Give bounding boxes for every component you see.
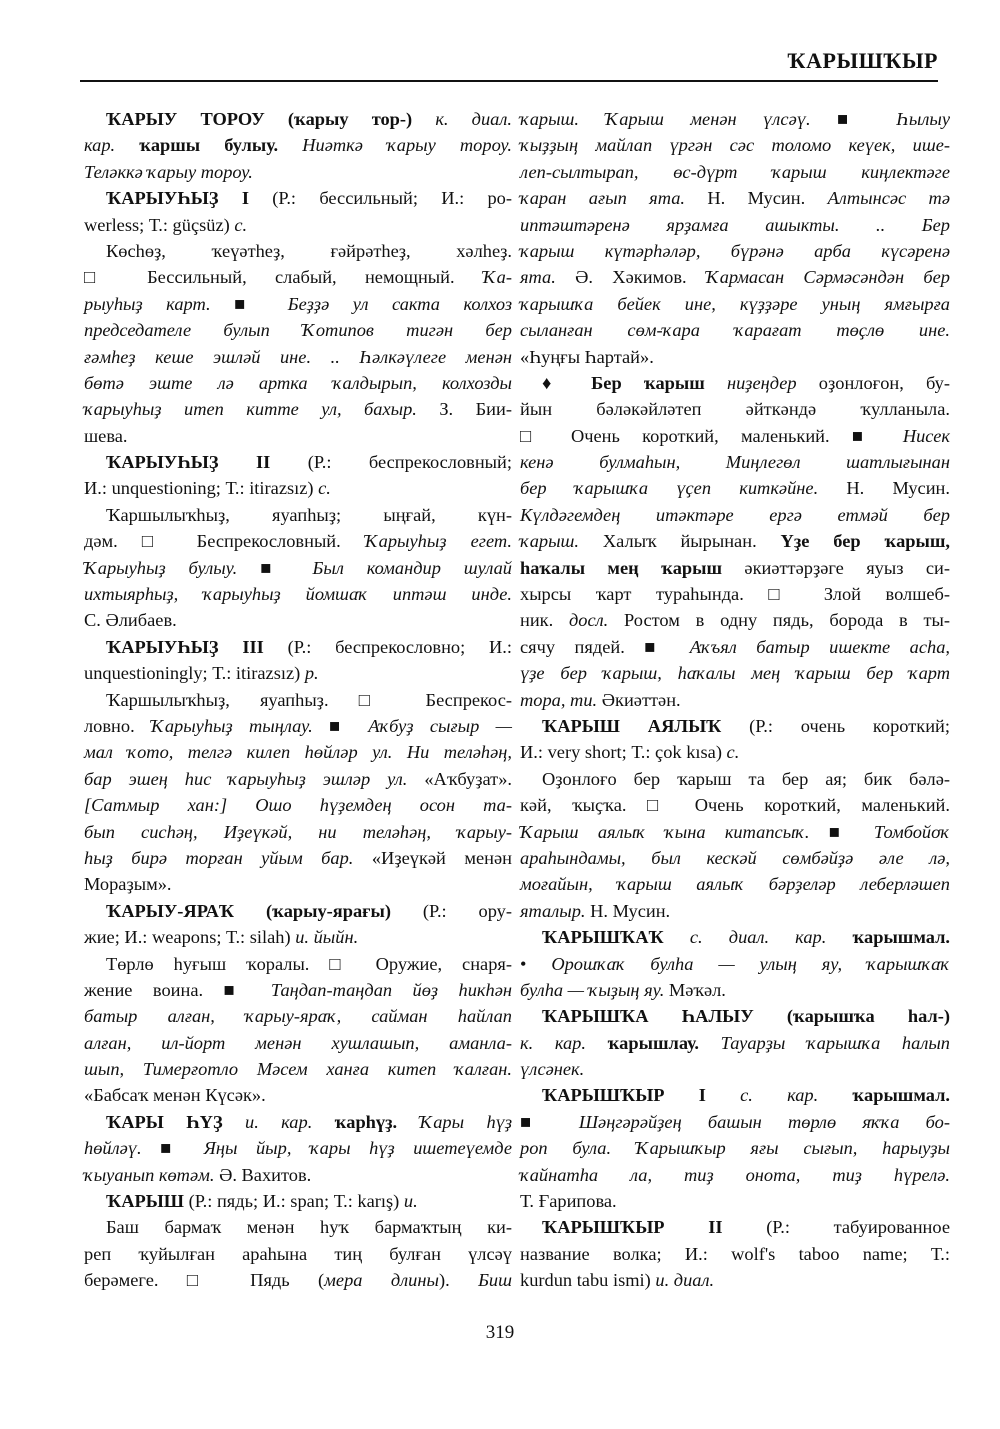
italic-run: алған, ил-йорт менән хушлашып, аманла- <box>84 1033 512 1053</box>
text-line: ҠАРЫ ҺҮҘ и. кар. ҡарһүҙ. Ҡары һүҙ <box>84 1109 512 1135</box>
text-run: И.: unquestioning; Т.: itirazsız) <box>84 478 318 498</box>
italic-run: Һылыу <box>896 109 950 129</box>
text-run: «Һуңғы Һартай». <box>520 347 654 367</box>
text-line: кенә булмаһын, Миңлегөл шатлығынан <box>520 449 950 475</box>
italic-run: Теләккә ҡарыу тороу. <box>84 162 253 182</box>
italic-run: моғайын, ҡарыш аялыҡ бәрҙеләр леберләшеп <box>520 874 950 894</box>
text-line: ҡыуанып көтәм. Ә. Вахитов. <box>84 1162 512 1188</box>
text-line: ғәмһеҙ кеше эшләй ине. .. Һәлкәүлеге мен… <box>84 344 512 370</box>
text-line: жие; И.: weapons; Т.: silah) и. йыйн. <box>84 924 512 950</box>
italic-run: к. диал. <box>435 109 512 129</box>
italic-run: с. <box>727 742 740 762</box>
text-run: әкиәттәрҙәге яуыз си- <box>744 558 950 578</box>
italic-run: Беҙҙә ул сакта колхоз <box>288 294 512 314</box>
running-head: ҠАРЫШҠЫР <box>787 48 938 74</box>
italic-run: Алтынсәс тә <box>828 188 950 208</box>
italic-run: ҡарыш күтәрһәләр, бүрәнә арба күсәренә <box>520 241 950 261</box>
headword-run: ҠАРЫУҺЫҘ III <box>106 637 288 657</box>
italic-run: Ҡарыуһыҙ тыңлау. <box>151 716 329 736</box>
text-line: ■ Шәңгәрәйҙең башын төрлө яҡҡа бо- <box>520 1109 950 1135</box>
text-run: Ҡаршылыҡһыҙ, яуапһыҙ; ыңғай, күн- <box>106 505 512 525</box>
headword-run: ҡарышмал. <box>852 1085 950 1105</box>
text-line: И.: unquestioning; Т.: itirazsız) с. <box>84 475 512 501</box>
italic-run: Ҡа- <box>483 267 512 287</box>
text-line: Күлдәгемдең итәктәре ергә етмәй бер <box>520 502 950 528</box>
text-line: мал ҡото, телгә килеп һөйләр ул. Ни телә… <box>84 739 512 765</box>
headword-run: ҠАРЫШ АЯЛЫҠ <box>542 716 749 736</box>
text-line: шева. <box>84 423 512 449</box>
italic-run: Күлдәгемдең итәктәре ергә етмәй бер <box>520 505 950 525</box>
text-run: • <box>520 954 551 974</box>
italic-run: ихтыярһыҙ, ҡарыуһыҙ йомшаҡ иптәш инде. <box>84 584 512 604</box>
italic-run: и. йыйн. <box>295 927 358 947</box>
headword-run: ҠАРЫУҺЫҘ II <box>106 452 308 472</box>
text-line: ҡарышҡа бейек ине, күҙҙәре уның ямғырға <box>520 291 950 317</box>
text-line: үҙе бер ҡарыш, һаҡалы мең ҡарыш бер ҡарт <box>520 660 950 686</box>
italic-run: тора, ти. <box>520 690 602 710</box>
text-run: (Р.: беспрекословный; <box>308 452 512 472</box>
headword-run: Үҙе бер ҡарыш, <box>781 531 950 551</box>
italic-run: Аҡъял батыр ишекте асһа, <box>690 637 950 657</box>
italic-run: бер ҡарышҡа үҫеп киткәйне. <box>520 478 846 498</box>
text-run: жие; И.: weapons; Т.: silah) <box>84 927 295 947</box>
text-line: леп-сылтырап, өс-дүрт ҡарыш киңлектәге <box>520 159 950 185</box>
headword-run: ҠАРЫУҺЫҘ I <box>106 188 272 208</box>
italic-run: ҡыуанып көтәм. <box>84 1165 219 1185</box>
text-line: сячу пядей. ■ Аҡъял батыр ишекте асһа, <box>520 634 950 660</box>
text-run: шева. <box>84 426 128 446</box>
text-line: үлсәнек. <box>520 1056 950 1082</box>
text-run: Ростом в одну пядь, борода в ты- <box>624 610 950 630</box>
italic-run: Шәңгәрәйҙең башын төрлө яҡҡа бо- <box>579 1112 950 1132</box>
text-line: Ҡарыш аялыҡ ҡына китапсыҡ. ■ Томбойоҡ <box>520 819 950 845</box>
text-line: иптәштәренә ярҙамға ашыкты. .. Бер <box>520 212 950 238</box>
italic-run: роп була. Ҡарышҡыр яғы сығып, һарыуҙы <box>520 1138 950 1158</box>
italic-run: Нисек <box>903 426 950 446</box>
text-line: Ҡаршылыҡһыҙ, яуапһыҙ; ыңғай, күн- <box>84 502 512 528</box>
text-run: кәй, ҡыҫҡа. □ Очень короткий, маленький. <box>520 795 950 815</box>
italic-run: [Сатмыр хан:] Ошо һүҙемдең осон та- <box>84 795 512 815</box>
text-run: ■ <box>260 558 312 578</box>
text-line: ҠАРЫУ ТОРОУ (ҡарыу тор-) к. диал. <box>84 106 512 132</box>
text-run: (Р.: пядь; И.: span; Т.: karış) <box>189 1191 404 1211</box>
text-run: (Р.: бессильный; И.: po- <box>272 188 512 208</box>
text-line: дәм. □ Беспрекословный. Ҡарыуһыҙ егет. <box>84 528 512 554</box>
text-line: kurdun tabu ismi) и. диал. <box>520 1267 950 1293</box>
text-run: реп ҡуйылған араһына тиң булған үлсәү <box>84 1244 512 1264</box>
text-line: кәй, ҡыҫҡа. □ Очень короткий, маленький. <box>520 792 950 818</box>
text-run: Көсһөҙ, ҡеүәтһеҙ, ғәйрәтһеҙ, хәлһеҙ. <box>106 241 512 261</box>
italic-run: Яңы йыр, ҡары һүҙ ишетеүемде <box>204 1138 512 1158</box>
text-line: • Орошҡаҡ булһа — улың яу, ҡарышҡаҡ <box>520 951 950 977</box>
italic-run: Ҡарыуһыҙ булыу. <box>84 558 260 578</box>
left-column: ҠАРЫУ ТОРОУ (ҡарыу тор-) к. диал.кар. ҡа… <box>84 106 512 1294</box>
headword-run: ♦ Бер ҡарыш <box>542 373 727 393</box>
text-line: ник. досл. Ростом в одну пядь, борода в … <box>520 607 950 633</box>
italic-run: к. кар. <box>520 1033 608 1053</box>
text-line: булһа — ҡыҙың яу. Мәҡәл. <box>520 977 950 1003</box>
text-run: название волка; И.: wolf's taboo name; Т… <box>520 1244 950 1264</box>
text-line: йын бәләкәйләтеп әйткәндә ҡулланыла. <box>520 396 950 422</box>
text-line: □ Очень короткий, маленький. ■ Нисек <box>520 423 950 449</box>
text-line: ҠАРЫШ (Р.: пядь; И.: span; Т.: karış) и. <box>84 1188 512 1214</box>
italic-run: Ҡарыш аялыҡ ҡына китапсыҡ. <box>520 822 829 842</box>
text-run: ■ <box>837 109 896 129</box>
italic-run: араһындамы, был кескәй сөмбәйҙә әле лә, <box>520 848 950 868</box>
italic-run: ҡайнатһа ла, тиҙ онота, тиҙ һүрелә. <box>520 1165 950 1185</box>
text-run: берәмеге. □ Пядь ( <box>84 1270 324 1290</box>
italic-run: Аҡбуҙ сығыр — <box>368 716 512 736</box>
text-line: сыланған сөм-ҡара ҡарағат төҫлө ине. <box>520 317 950 343</box>
text-run: ■ <box>234 294 288 314</box>
text-run: дәм. □ Беспрекословный. <box>84 531 365 551</box>
text-run: (Р.: табуированное <box>766 1217 950 1237</box>
text-run: ■ <box>829 822 874 842</box>
text-line: һөйләү. ■ Яңы йыр, ҡары һүҙ ишетеүемде <box>84 1135 512 1161</box>
text-run: (Р.: очень короткий; <box>749 716 950 736</box>
text-run: Оҙонлоғо бер ҡарыш та бер ая; бик бәлә- <box>542 769 950 789</box>
text-run: хырсы ҡарт тураһында. □ Злой волшеб- <box>520 584 950 604</box>
italic-run: бар эшең һис ҡарыуһыҙ эшләр ул. <box>84 769 424 789</box>
text-line: ҠАРЫУҺЫҘ III (Р.: беспрекословно; И.: <box>84 634 512 660</box>
italic-run: һыҙ бирә торған уйым бар. <box>84 848 372 868</box>
text-line: хырсы ҡарт тураһында. □ Злой волшеб- <box>520 581 950 607</box>
text-run: (Р.: ору- <box>423 901 512 921</box>
text-run: «Иҙеүкәй менән <box>372 848 512 868</box>
headword-run: ҠАРЫШ <box>106 1191 189 1211</box>
headword-run: ҠАРЫ ҺҮҘ <box>106 1112 245 1132</box>
text-line: «Бабсаҡ менән Күсәк». <box>84 1082 512 1108</box>
italic-run: ниҙеңдер <box>727 373 819 393</box>
text-run: Баш бармаҡ менән һуҡ бармаҡтың ки- <box>106 1217 512 1237</box>
italic-run: ҡарыуһыҙ итеп китте ул, бахыр. <box>84 399 439 419</box>
text-line: ҡаран ағып ята. Н. Мусин. Алтынсәс тә <box>520 185 950 211</box>
italic-run: ҡарыш. Ҡарыш менән үлсәү. <box>520 109 837 129</box>
italic-run: Биш <box>478 1270 512 1290</box>
text-line: бып сисһәң, Иҙеүкәй, ни теләһәң, ҡарыу- <box>84 819 512 845</box>
text-run: «Аҡбуҙат». <box>424 769 512 789</box>
italic-run: Ҡарыуһыҙ егет. <box>365 531 512 551</box>
headword-run: ҠАРЫУ ТОРОУ (ҡарыу тор-) <box>106 109 435 129</box>
text-line: бар эшең һис ҡарыуһыҙ эшләр ул. «Аҡбуҙат… <box>84 766 512 792</box>
text-run: kurdun tabu ismi) <box>520 1270 655 1290</box>
text-line: һыҙ бирә торған уйым бар. «Иҙеүкәй менән <box>84 845 512 871</box>
text-line: □ Бессильный, слабый, немощный. Ҡа- <box>84 264 512 290</box>
text-run: Н. Мусин. <box>707 188 827 208</box>
text-line: [Сатмыр хан:] Ошо һүҙемдең осон та- <box>84 792 512 818</box>
headword-run: ҠАРЫШҠЫР I <box>542 1085 740 1105</box>
text-line: бөтә эште лә артка ҡалдырып, колхозды <box>84 370 512 396</box>
dictionary-page: ҠАРЫШҠЫР ҠАРЫУ ТОРОУ (ҡарыу тор-) к. диа… <box>0 0 1000 1429</box>
text-line: бер ҡарышҡа үҫеп киткәйне. Н. Мусин. <box>520 475 950 501</box>
text-line: моғайын, ҡарыш аялыҡ бәрҙеләр леберләшеп <box>520 871 950 897</box>
text-line: Төрлө һуғыш ҡоралы. □ Оружие, снаря- <box>84 951 512 977</box>
italic-run: ята. <box>520 267 575 287</box>
italic-run: досл. <box>569 610 624 630</box>
text-line: Ҡарыуһыҙ булыу. ■ Был командир шулай <box>84 555 512 581</box>
italic-run: с. кар. <box>740 1085 852 1105</box>
text-line: председателе булып Ҡотипов тигән бер <box>84 317 512 343</box>
italic-run: мера длины <box>324 1270 439 1290</box>
text-line: рыуһыҙ карт. ■ Беҙҙә ул сакта колхоз <box>84 291 512 317</box>
italic-run: леп-сылтырап, өс-дүрт ҡарыш киңлектәге <box>520 162 950 182</box>
text-line: ҠАРЫУҺЫҘ I (Р.: бессильный; И.: po- <box>84 185 512 211</box>
italic-run: бып сисһәң, Иҙеүкәй, ни теләһәң, ҡарыу- <box>84 822 512 842</box>
text-run: □ Очень короткий, маленький. ■ <box>520 426 903 446</box>
text-line: ҡыҙҙың майлап үргән сәс толомо кеүек, иш… <box>520 132 950 158</box>
text-line: ♦ Бер ҡарыш ниҙеңдер оҙонлоғон, бу- <box>520 370 950 396</box>
header-rule <box>80 80 938 82</box>
text-line: ята. Ә. Хәкимов. Ҡармасан Сәрмәсәндән бе… <box>520 264 950 290</box>
italic-run: яталыр. <box>520 901 590 921</box>
italic-run: шып, Тимерғотло Мәсем ханға китеп ҡалған… <box>84 1059 512 1079</box>
text-line: С. Әлибаев. <box>84 607 512 633</box>
headword-run: ҠАРЫШҠАҠ <box>542 927 690 947</box>
headword-run: ҠАРЫШҠЫР II <box>542 1217 766 1237</box>
text-run: Мәҡәл. <box>669 980 726 1000</box>
text-run: Халыҡ йырынан. <box>603 531 781 551</box>
italic-run: Был командир шулай <box>313 558 512 578</box>
text-line: название волка; И.: wolf's taboo name; Т… <box>520 1241 950 1267</box>
text-line: Теләккә ҡарыу тороу. <box>84 159 512 185</box>
text-line: жение воина. ■ Таңдап-таңдап йөҙ һикһән <box>84 977 512 1003</box>
text-line: ҠАРЫШҠЫР II (Р.: табуированное <box>520 1214 950 1240</box>
italic-run: мал ҡото, телгә килеп һөйләр ул. Ни телә… <box>84 742 512 762</box>
italic-run: үлсәнек. <box>520 1059 584 1079</box>
italic-run: булһа — ҡыҙың яу. <box>520 980 669 1000</box>
text-line: берәмеге. □ Пядь (мера длины). Биш <box>84 1267 512 1293</box>
text-line: ҠАРЫШҠА ҺАЛЫУ (ҡарышҡа һал-) <box>520 1003 950 1029</box>
text-run: И.: very short; Т.: çok kısa) <box>520 742 727 762</box>
text-line: шып, Тимерғотло Мәсем ханға китеп ҡалған… <box>84 1056 512 1082</box>
text-line: ловно. Ҡарыуһыҙ тыңлау. ■ Аҡбуҙ сығыр — <box>84 713 512 739</box>
italic-run: с. <box>234 215 247 235</box>
italic-run: председателе булып Ҡотипов тигән бер <box>84 320 512 340</box>
text-line: ҠАРЫШ АЯЛЫҠ (Р.: очень короткий; <box>520 713 950 739</box>
headword-run: ҡарышмал. <box>852 927 950 947</box>
italic-run: сыланған сөм-ҡара ҡарағат төҫлө ине. <box>520 320 950 340</box>
text-line: ҡайнатһа ла, тиҙ онота, тиҙ һүрелә. <box>520 1162 950 1188</box>
italic-run: ҡыҙҙың майлап үргән сәс толомо кеүек, иш… <box>520 135 950 155</box>
text-run: Н. Мусин. <box>846 478 950 498</box>
text-line: батыр алған, ҡарыу-яраҡ, сайман һайлап <box>84 1003 512 1029</box>
text-line: алған, ил-йорт менән хушлашып, аманла- <box>84 1030 512 1056</box>
text-run: (Р.: беспрекословно; И.: <box>288 637 512 657</box>
text-run: Әкиәттән. <box>602 690 681 710</box>
italic-run: ғәмһеҙ кеше эшләй ине. .. Һәлкәүлеге мен… <box>84 347 512 367</box>
text-line: Т. Ғарипова. <box>520 1188 950 1214</box>
italic-run: и. <box>404 1191 418 1211</box>
text-line: unquestioningly; Т.: itirazsız) р. <box>84 660 512 686</box>
text-line: араһындамы, был кескәй сөмбәйҙә әле лә, <box>520 845 950 871</box>
italic-run: рыуһыҙ карт. <box>84 294 234 314</box>
text-line: Оҙонлоғо бер ҡарыш та бер ая; бик бәлә- <box>520 766 950 792</box>
text-line: ҠАРЫУ-ЯРАҠ (ҡарыу-ярағы) (Р.: ору- <box>84 898 512 924</box>
text-run: Мораҙым». <box>84 874 172 894</box>
italic-run: и. диал. <box>655 1270 714 1290</box>
italic-run: батыр алған, ҡарыу-яраҡ, сайман һайлап <box>84 1006 512 1026</box>
text-run: Ә. Хәкимов. <box>575 267 706 287</box>
text-line: И.: very short; Т.: çok kısa) с. <box>520 739 950 765</box>
text-line: Мораҙым». <box>84 871 512 897</box>
italic-run: Ҡармасан Сәрмәсәндән бер <box>706 267 950 287</box>
text-line: ҡарыуһыҙ итеп китте ул, бахыр. З. Бии- <box>84 396 512 422</box>
text-run: ■ <box>520 1112 579 1132</box>
italic-run: Ҡары һүҙ <box>419 1112 512 1132</box>
text-line: ҠАРЫУҺЫҘ II (Р.: беспрекословный; <box>84 449 512 475</box>
text-run: ник. <box>520 610 569 630</box>
headword-run: ҡарышлау. <box>608 1033 721 1053</box>
text-line: яталыр. Н. Мусин. <box>520 898 950 924</box>
text-run: Т. Ғарипова. <box>520 1191 617 1211</box>
text-line: Баш бармаҡ менән һуҡ бармаҡтың ки- <box>84 1214 512 1240</box>
text-run: оҙонлоғон, бу- <box>819 373 950 393</box>
text-line: тора, ти. Әкиәттән. <box>520 687 950 713</box>
text-line: werless; Т.: güçsüz) с. <box>84 212 512 238</box>
text-run: сячу пядей. ■ <box>520 637 690 657</box>
text-run: ловно. <box>84 716 151 736</box>
text-run: Ҡаршылыҡһыҙ, яуапһыҙ. □ Беспрекос- <box>106 690 512 710</box>
italic-run: Орошҡаҡ булһа — улың яу, ҡарышҡаҡ <box>551 954 950 974</box>
italic-run: иптәштәренә ярҙамға ашыкты. .. Бер <box>520 215 950 235</box>
text-line: ихтыярһыҙ, ҡарыуһыҙ йомшаҡ иптәш инде. <box>84 581 512 607</box>
right-column: ҡарыш. Ҡарыш менән үлсәү. ■ Һылыуҡыҙҙың … <box>520 106 950 1294</box>
italic-run: Томбойоҡ <box>874 822 950 842</box>
headword-run: ҡарһүҙ. <box>335 1112 420 1132</box>
headword-run: һаҡалы мең ҡарыш <box>520 558 744 578</box>
text-run: ■ <box>160 1138 204 1158</box>
text-run: С. Әлибаев. <box>84 610 177 630</box>
page-number: 319 <box>0 1322 1000 1344</box>
text-run: Төрлө һуғыш ҡоралы. □ Оружие, снаря- <box>106 954 512 974</box>
italic-run: Ниәткә ҡарыу тороу. <box>302 135 512 155</box>
italic-run: кенә булмаһын, Миңлегөл шатлығынан <box>520 452 950 472</box>
italic-run: ҡарышҡа бейек ине, күҙҙәре уның ямғырға <box>520 294 950 314</box>
italic-run: Таңдап-таңдап йөҙ һикһән <box>271 980 512 1000</box>
text-run: Ә. Вахитов. <box>219 1165 311 1185</box>
text-line: ҠАРЫШҠАҠ с. диал. кар. ҡарышмал. <box>520 924 950 950</box>
italic-run: р. <box>305 663 319 683</box>
text-run: ). <box>439 1270 478 1290</box>
text-line: кар. ҡаршы булыу. Ниәткә ҡарыу тороу. <box>84 132 512 158</box>
text-line: ҠАРЫШҠЫР I с. кар. ҡарышмал. <box>520 1082 950 1108</box>
text-run: йын бәләкәйләтеп әйткәндә ҡулланыла. <box>520 399 950 419</box>
text-run: □ Бессильный, слабый, немощный. <box>84 267 483 287</box>
italic-run: ҡаран ағып ята. <box>520 188 707 208</box>
text-run: жение воина. ■ <box>84 980 271 1000</box>
italic-run: үҙе бер ҡарыш, һаҡалы мең ҡарыш бер ҡарт <box>520 663 950 683</box>
text-line: ҡарыш. Халыҡ йырынан. Үҙе бер ҡарыш, <box>520 528 950 554</box>
italic-run: һөйләү. <box>84 1138 160 1158</box>
text-run: «Бабсаҡ менән Күсәк». <box>84 1085 266 1105</box>
italic-run: с. <box>318 478 331 498</box>
text-line: Көсһөҙ, ҡеүәтһеҙ, ғәйрәтһеҙ, хәлһеҙ. <box>84 238 512 264</box>
italic-run: бөтә эште лә артка ҡалдырып, колхозды <box>84 373 512 393</box>
text-line: ҡарыш. Ҡарыш менән үлсәү. ■ Һылыу <box>520 106 950 132</box>
text-line: реп ҡуйылған араһына тиң булған үлсәү <box>84 1241 512 1267</box>
italic-run: ҡарыш. <box>520 531 603 551</box>
italic-run: Тауарҙы ҡарышҡа һалып <box>721 1033 950 1053</box>
italic-run: с. диал. кар. <box>690 927 853 947</box>
text-line: ҡарыш күтәрһәләр, бүрәнә арба күсәренә <box>520 238 950 264</box>
headword-run: ҡаршы булыу. <box>139 135 302 155</box>
text-run: unquestioningly; Т.: itirazsız) <box>84 663 305 683</box>
text-run: Н. Мусин. <box>590 901 670 921</box>
italic-run: и. кар. <box>245 1112 335 1132</box>
text-line: һаҡалы мең ҡарыш әкиәттәрҙәге яуыз си- <box>520 555 950 581</box>
text-line: Ҡаршылыҡһыҙ, яуапһыҙ. □ Беспрекос- <box>84 687 512 713</box>
headword-run: ҠАРЫШҠА ҺАЛЫУ (ҡарышҡа һал-) <box>542 1006 950 1026</box>
text-line: к. кар. ҡарышлау. Тауарҙы ҡарышҡа һалып <box>520 1030 950 1056</box>
text-line: роп була. Ҡарышҡыр яғы сығып, һарыуҙы <box>520 1135 950 1161</box>
italic-run: кар. <box>84 135 139 155</box>
text-line: «Һуңғы Һартай». <box>520 344 950 370</box>
text-run: ■ <box>329 716 368 736</box>
headword-run: ҠАРЫУ-ЯРАҠ (ҡарыу-ярағы) <box>106 901 423 921</box>
text-run: З. Бии- <box>439 399 512 419</box>
text-run: werless; Т.: güçsüz) <box>84 215 234 235</box>
